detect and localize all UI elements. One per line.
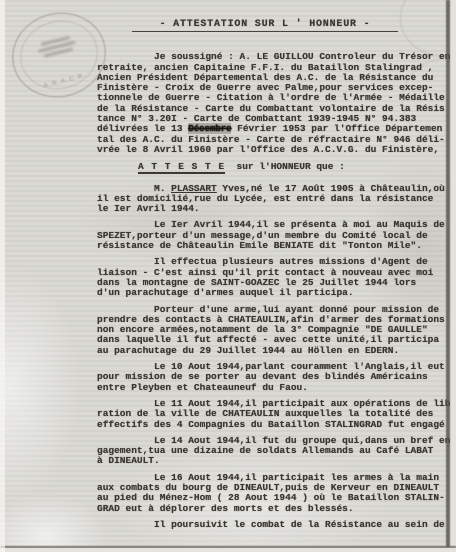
- struck-word: Décembre: [188, 123, 231, 134]
- paragraph-avril-1944: Le Ier Avril 1944,il se présenta à moi a…: [97, 220, 453, 251]
- scanned-document-page: A.N.A.C.R. - ATTESTATION SUR L ' HONNEUR…: [0, 0, 456, 552]
- scan-edge-right-shadow: [446, 0, 450, 547]
- paragraph-11-aout: Le 11 Aout 1944,il participait aux opéra…: [97, 399, 453, 430]
- paragraph-declarant: Je soussigné : A. LE GUILLOU Controleur …: [97, 52, 453, 155]
- scan-edge-bottom-light: [0, 548, 456, 552]
- paragraph-poursuite: Il poursuivit le combat de la Résistance…: [97, 520, 453, 530]
- correction-suffix: Février 1953 par l'Office Départemen: [231, 123, 442, 134]
- subject-surname: PLASSART: [171, 183, 217, 194]
- paragraph-missions-liaison: Il effectua plusieurs autres missions d'…: [97, 257, 453, 298]
- text-line: au parachutage du 29 Juillet 1944 au Höl…: [97, 346, 453, 356]
- text-line: Il poursuivit le combat de la Résistance…: [97, 520, 453, 530]
- text-line: vrée le 8 Avril 1960 par l'Office des A.…: [97, 145, 453, 155]
- text-line: GRAD eut à déplorer des morts et des ble…: [97, 504, 453, 514]
- text-line: entre Pleyben et Chateauneuf du Faou.: [97, 383, 453, 393]
- correction-prefix: délivrées le 13: [97, 123, 188, 134]
- atteste-rest: sur l'HONNEUR que :: [225, 161, 345, 172]
- paragraph-porteur-arme: Porteur d'une arme,lui ayant donné pour …: [97, 305, 453, 356]
- text-line: résistance de Châteaulin Emile BENIATE d…: [97, 241, 453, 251]
- document-title: - ATTESTATION SUR L ' HONNEUR -: [132, 20, 398, 32]
- paragraph-14-aout: Le 14 Aout 1944,il fut du groupe qui,dan…: [97, 436, 453, 467]
- scan-edge-right-light: [450, 0, 456, 552]
- name-prefix: M.: [97, 183, 171, 194]
- text-line: ration de la ville de CHATEAULIN auxquel…: [97, 409, 453, 419]
- paragraph-10-aout: Le 10 Aout 1944,parlant couramment l'Ang…: [97, 362, 453, 393]
- atteste-word: A T T E S T E: [138, 161, 225, 174]
- name-suffix: Yves,né le 17 Août 1905 à Châteaulin,où: [217, 183, 445, 194]
- text-line: à DINEAULT.: [97, 456, 453, 466]
- text-line: le Ier Avril 1944.: [97, 204, 453, 214]
- text-line: d'un parachutage d'armes auquel il parti…: [97, 288, 453, 298]
- document-body: - ATTESTATION SUR L ' HONNEUR - Je souss…: [97, 20, 453, 536]
- paragraph-identity: M. PLASSART Yves,né le 17 Août 1905 à Ch…: [97, 184, 453, 215]
- scan-edge-left-light: [0, 0, 5, 552]
- atteste-heading: A T T E S T E sur l'HONNEUR que :: [138, 162, 453, 172]
- paragraph-16-aout: Le 16 Aout 1944,il participait les armes…: [97, 473, 453, 514]
- text-line: effectifs des 4 Compagnies du Bataillon …: [97, 420, 453, 430]
